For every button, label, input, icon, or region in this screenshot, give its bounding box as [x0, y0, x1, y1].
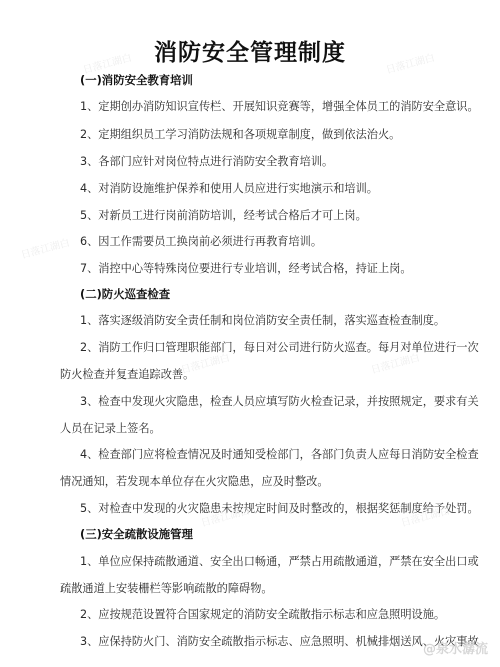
paragraph-line: 3、检查中发现火灾隐患，检查人员应填写防火检查记录，并按照规定，要求有关 [80, 393, 479, 409]
paragraph-line: 4、对消防设施维护保养和使用人员应进行实地演示和培训。 [80, 180, 378, 196]
paragraph-line: 4、检查部门应将检查情况及时通知受检部门，各部门负责人应每日消防安全检查 [80, 446, 479, 462]
section-heading: (三)安全疏散设施管理 [80, 526, 193, 542]
paragraph-line: 情况通知，若发现本单位存在火灾隐患，应及时整改。 [60, 473, 329, 489]
paragraph-line: 人员在记录上签名。 [60, 420, 161, 436]
paragraph-line: 2、定期组织员工学习消防法规和各项规章制度，做到依法治火。 [80, 126, 400, 142]
paragraph-line: 防火检查并复查追踪改善。 [60, 366, 194, 382]
section-heading: (一)消防安全教育培训 [80, 72, 193, 88]
paragraph-line: 1、定期创办消防知识宣传栏、开展知识竞赛等，增强全体员工的消防安全意识。 [80, 98, 479, 114]
paragraph-line: 疏散通道上安装栅栏等影响疏散的障碍物。 [60, 580, 273, 596]
paragraph-line: 5、对新员工进行岗前消防培训，经考试合格后才可上岗。 [80, 207, 367, 223]
section-heading: (二)防火巡查检查 [80, 286, 170, 302]
paragraph-line: 3、各部门应针对岗位特点进行消防安全教育培训。 [80, 153, 333, 169]
paragraph-line: 2、应按规范设置符合国家规定的消防安全疏散指示标志和应急照明设施。 [80, 606, 445, 622]
paragraph-line: 2、消防工作归口管理职能部门，每日对公司进行防火巡查。每月对单位进行一次 [80, 339, 479, 355]
paragraph-line: 7、消控中心等特殊岗位要进行专业培训，经考试合格，持证上岗。 [80, 260, 412, 276]
paragraph-line: 1、单位应保持疏散通道、安全出口畅通，严禁占用疏散通道，严禁在安全出口或 [80, 553, 479, 569]
watermark: 日落江湖白 [19, 234, 71, 261]
paragraph-line: 1、落实逐级消防安全责任制和岗位消防安全责任制，落实巡查检查制度。 [80, 312, 445, 328]
paragraph-line: 3、应保持防火门、消防安全疏散指示标志、应急照明、机械排烟送风、火灾事故 [80, 633, 479, 649]
brand-watermark: @泉水潺流 [423, 638, 488, 657]
paragraph-line: 6、因工作需要员工换岗前必须进行再教育培训。 [80, 233, 322, 249]
